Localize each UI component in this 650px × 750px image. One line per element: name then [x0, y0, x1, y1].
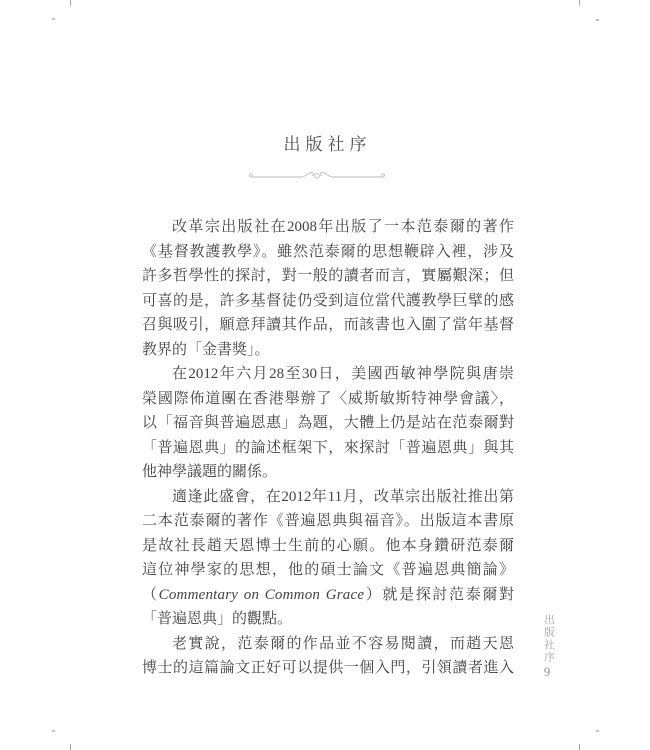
- registration-dot-mark: [52, 730, 55, 732]
- text-line: 召與吸引，願意拜讀其作品，而該書也入圍了當年基督: [142, 313, 514, 338]
- text-line: 在2012年六月28至30日，美國西敏神學院與唐崇: [142, 362, 514, 387]
- text-line: 二本范泰爾的著作《普遍恩典與福音》。出版這本書原: [142, 509, 514, 534]
- text-line: 改革宗出版社在2008年出版了一本范泰爾的著作: [142, 215, 514, 240]
- registration-dot-mark: [52, 18, 55, 20]
- text-line: 老實說，范泰爾的作品並不容易閱讀，而趙天恩: [142, 632, 514, 657]
- text-line: 「普遍恩典」的觀點。: [142, 607, 514, 632]
- text-line: 以「福音與普遍恩惠」為題，大體上仍是站在范泰爾對: [142, 411, 514, 436]
- text-line: 這位神學家的思想，他的碩士論文《普遍恩典簡論》: [142, 558, 514, 583]
- ornament-divider-icon: [247, 168, 387, 184]
- text-line: 榮國際佈道團在香港舉辦了〈威斯敏斯特神學會議〉，: [142, 387, 514, 412]
- registration-tick-mark: [70, 744, 71, 750]
- text-line: 他神學議題的關係。: [142, 460, 514, 485]
- book-page: 出版社序 改革宗出版社在2008年出版了一本范泰爾的著作 《基督教護教學》。雖然…: [0, 0, 650, 750]
- text-line: 教界的「金書獎」。: [142, 338, 514, 363]
- registration-tick-mark: [579, 0, 580, 6]
- page-title: 出版社序: [0, 130, 650, 155]
- text-line: 許多哲學性的探討，對一般的讀者而言，實屬艱深；但: [142, 264, 514, 289]
- text-line: 適逢此盛會，在2012年11月，改革宗出版社推出第: [142, 485, 514, 510]
- body-text: 改革宗出版社在2008年出版了一本范泰爾的著作 《基督教護教學》。雖然范泰爾的思…: [142, 215, 514, 681]
- line-remainder: ）就是探討范泰爾對: [364, 587, 514, 603]
- text-line: 博士的這篇論文正好可以提供一個入門，引領讀者進入: [142, 656, 514, 681]
- text-line: 《基督教護教學》。雖然范泰爾的思想鞭辟入裡，涉及: [142, 240, 514, 265]
- page-number: 9: [539, 665, 555, 680]
- fullwidth-open-paren: （: [142, 587, 159, 603]
- text-line: （Commentary on Common Grace）就是探討范泰爾對: [142, 583, 514, 608]
- text-line: 是故社長趙天恩博士生前的心願。他本身鑽研范泰爾: [142, 534, 514, 559]
- registration-dot-mark: [596, 730, 599, 732]
- registration-tick-mark: [70, 0, 71, 6]
- registration-dot-mark: [596, 19, 599, 21]
- margin-section-label: 出版社序: [541, 614, 556, 664]
- text-line: 可喜的是，許多基督徒仍受到這位當代護教學巨擘的感: [142, 289, 514, 314]
- text-line: 「普遍恩典」的論述框架下，來探討「普遍恩典」與其: [142, 436, 514, 461]
- registration-tick-mark: [579, 744, 580, 750]
- latin-thesis-title: Commentary on Common Grace: [159, 587, 365, 603]
